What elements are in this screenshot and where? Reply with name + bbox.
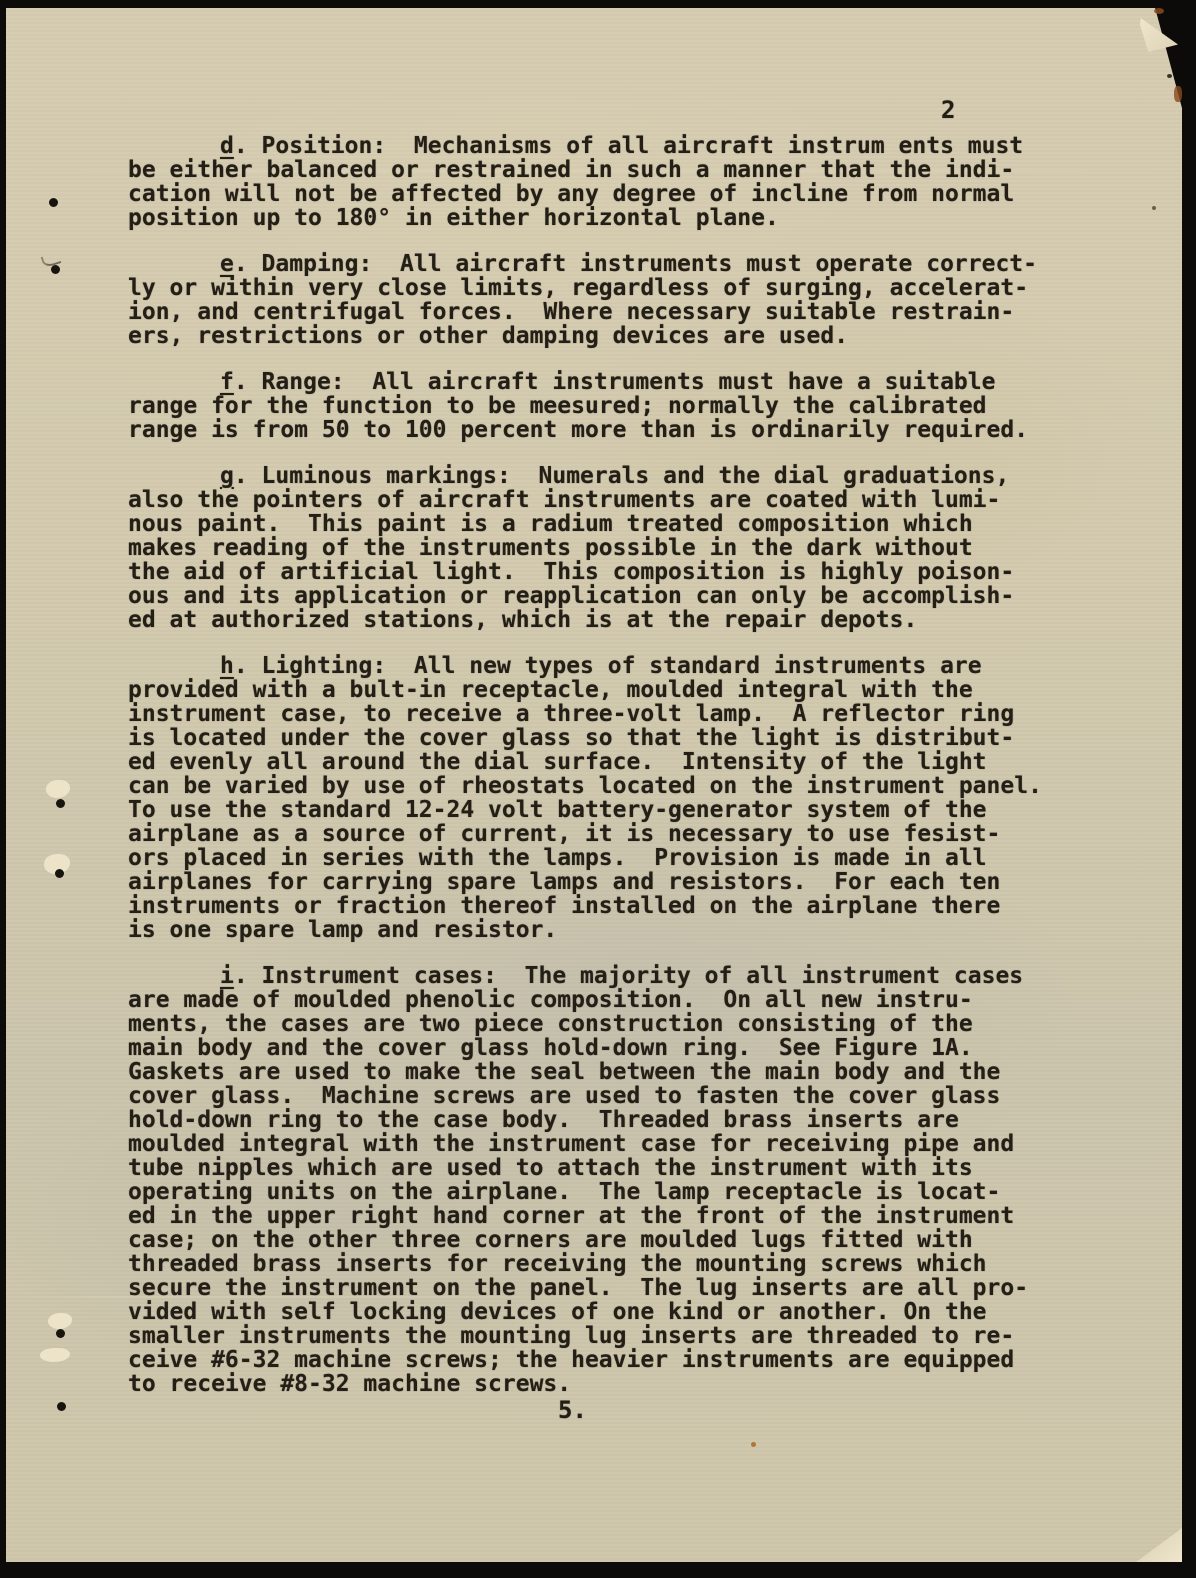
scanned-page: 2 d. Position: Mechanisms of all aircraf…	[6, 8, 1182, 1562]
paper-scuff	[48, 1313, 72, 1329]
paragraph-body: . Damping: All aircraft instruments must…	[128, 251, 1037, 349]
paragraph-letter: i	[220, 963, 234, 989]
paper-scuff	[46, 780, 70, 798]
paper-scuff	[40, 1348, 70, 1362]
page-number-top: 2	[941, 96, 955, 124]
paragraph-lighting: h. Lighting: All new types of standard i…	[128, 654, 1084, 942]
binder-hole-mark	[56, 799, 65, 808]
rust-speck	[751, 1442, 756, 1447]
page-number-bottom: 5.	[558, 1396, 587, 1424]
paragraph-body: . Position: Mechanisms of all aircraft i…	[128, 133, 1023, 231]
paragraph-letter: f	[220, 369, 234, 395]
binder-hole-mark	[49, 198, 58, 207]
binder-hole-mark	[56, 1329, 65, 1338]
binder-hole-mark	[55, 869, 64, 878]
ink-speck	[1152, 206, 1156, 210]
paragraph-instrument-cases: i. Instrument cases: The majority of all…	[128, 964, 1084, 1396]
paragraph-letter: e	[220, 251, 234, 277]
paragraph-body: . Instrument cases: The majority of all …	[128, 963, 1028, 1397]
paragraph-luminous-markings: g. Luminous markings: Numerals and the d…	[128, 464, 1084, 632]
rust-stain	[1174, 86, 1182, 102]
document-text: d. Position: Mechanisms of all aircraft …	[128, 134, 1084, 1418]
dog-ear-flap	[1136, 1528, 1182, 1562]
paragraph-letter: h	[220, 653, 234, 679]
binder-hole-mark	[57, 1402, 66, 1411]
paragraph-position: d. Position: Mechanisms of all aircraft …	[128, 134, 1084, 230]
paragraph-letter: g	[220, 463, 234, 489]
rust-stain	[1154, 8, 1164, 14]
paragraph-range: f. Range: All aircraft instruments must …	[128, 370, 1084, 442]
paragraph-body: . Luminous markings: Numerals and the di…	[128, 463, 1014, 633]
binder-hole-mark	[51, 265, 60, 274]
paragraph-body: . Lighting: All new types of standard in…	[128, 653, 1042, 943]
ink-speck	[1167, 74, 1172, 78]
paragraph-body: . Range: All aircraft instruments must h…	[128, 369, 1028, 443]
paragraph-letter: d	[220, 133, 234, 159]
paragraph-damping: e. Damping: All aircraft instruments mus…	[128, 252, 1084, 348]
